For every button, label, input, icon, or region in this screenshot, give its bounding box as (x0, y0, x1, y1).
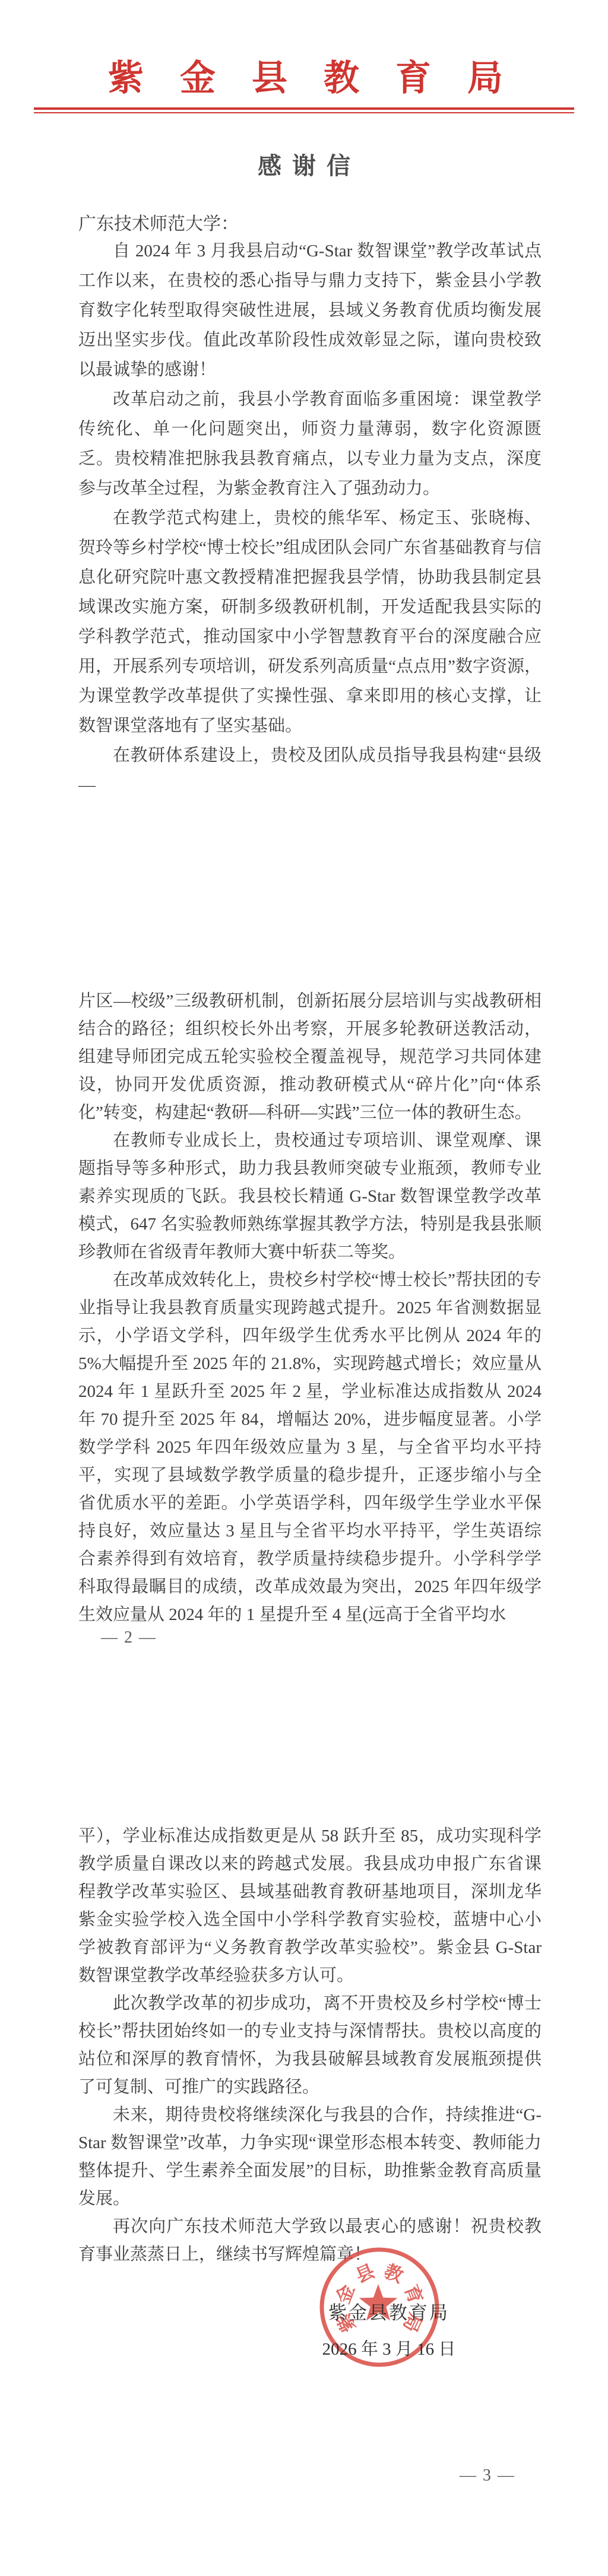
signature-date: 2026 年 3 月 16 日 (315, 2336, 463, 2360)
letterhead-rule-thin (34, 112, 574, 113)
signature-block: 紫金县教育局 2026 年 3 月 16 日 (315, 2298, 463, 2360)
letterhead-rule-thick (34, 107, 574, 110)
scanned-letter-document: 紫 金 县 教 育 局 感谢信 广东技术师范大学： 自 2024 年 3 月我县… (0, 0, 608, 2576)
paragraph: 片区—校级”三级教研机制，创新拓展分层培训与实战教研相结合的路径；组织校长外出考… (78, 987, 541, 1127)
paragraph: 此次教学改革的初步成功，离不开贵校及乡村学校“博士校长”帮扶团始终如一的专业支持… (78, 1990, 541, 2101)
paragraph: 在教学范式构建上，贵校的熊华军、杨定玉、张晓梅、贺玲等乡村学校“博士校长”组成团… (78, 503, 541, 741)
letterhead-char: 育 (395, 57, 431, 100)
letterhead-char: 教 (324, 57, 359, 100)
paragraph: 再次向广东技术师范大学致以最衷心的感谢！祝贵校教育事业蒸蒸日上，继续书写辉煌篇章… (78, 2213, 541, 2269)
page-3-body: 平），学业标准达成指数更是从 58 跃升至 85，成功实现科学教学质量自课改以来… (78, 1822, 541, 2269)
document-title: 感谢信 (0, 147, 608, 181)
page-number-2: — 2 — (101, 1628, 157, 1647)
page-number-3: — 3 — (460, 2466, 515, 2485)
seal-char: 县 (353, 2260, 378, 2286)
seal-char: 教 (381, 2260, 407, 2287)
paragraph: 改革启动之前，我县小学教育面临多重困境：课堂教学传统化、单一化问题突出，师资力量… (78, 385, 541, 503)
paragraph: 平），学业标准达成指数更是从 58 跃升至 85，成功实现科学教学质量自课改以来… (78, 1822, 541, 1990)
letterhead-org: 紫 金 县 教 育 局 (108, 57, 503, 100)
page-2-body: 片区—校级”三级教研机制，创新拓展分层培训与实战教研相结合的路径；组织校长外出考… (78, 987, 541, 1629)
paragraph: 在改革成效转化上，贵校乡村学校“博士校长”帮扶团的专业指导让我县教育质量实现跨越… (78, 1266, 541, 1629)
paragraph: 在教师专业成长上，贵校通过专项培训、课堂观摩、课题指导等多种形式，助力我县教师突… (78, 1127, 541, 1266)
page-1-body: 自 2024 年 3 月我县启动“G-Star 数智课堂”教学改革试点工作以来，… (78, 236, 541, 800)
paragraph: 在教研体系建设上，贵校及团队成员指导我县构建“县级— (78, 741, 541, 800)
signature-org: 紫金县教育局 (315, 2298, 463, 2324)
letterhead-char: 金 (180, 57, 216, 100)
letterhead-char: 局 (467, 57, 503, 100)
letterhead-char: 县 (252, 57, 287, 100)
letterhead-char: 紫 (108, 57, 144, 100)
paragraph: 未来，期待贵校将继续深化与我县的合作，持续推进“G-Star 数智课堂”改革，力… (78, 2101, 541, 2213)
recipient-line: 广东技术师范大学： (78, 209, 239, 235)
paragraph: 自 2024 年 3 月我县启动“G-Star 数智课堂”教学改革试点工作以来，… (78, 236, 541, 385)
